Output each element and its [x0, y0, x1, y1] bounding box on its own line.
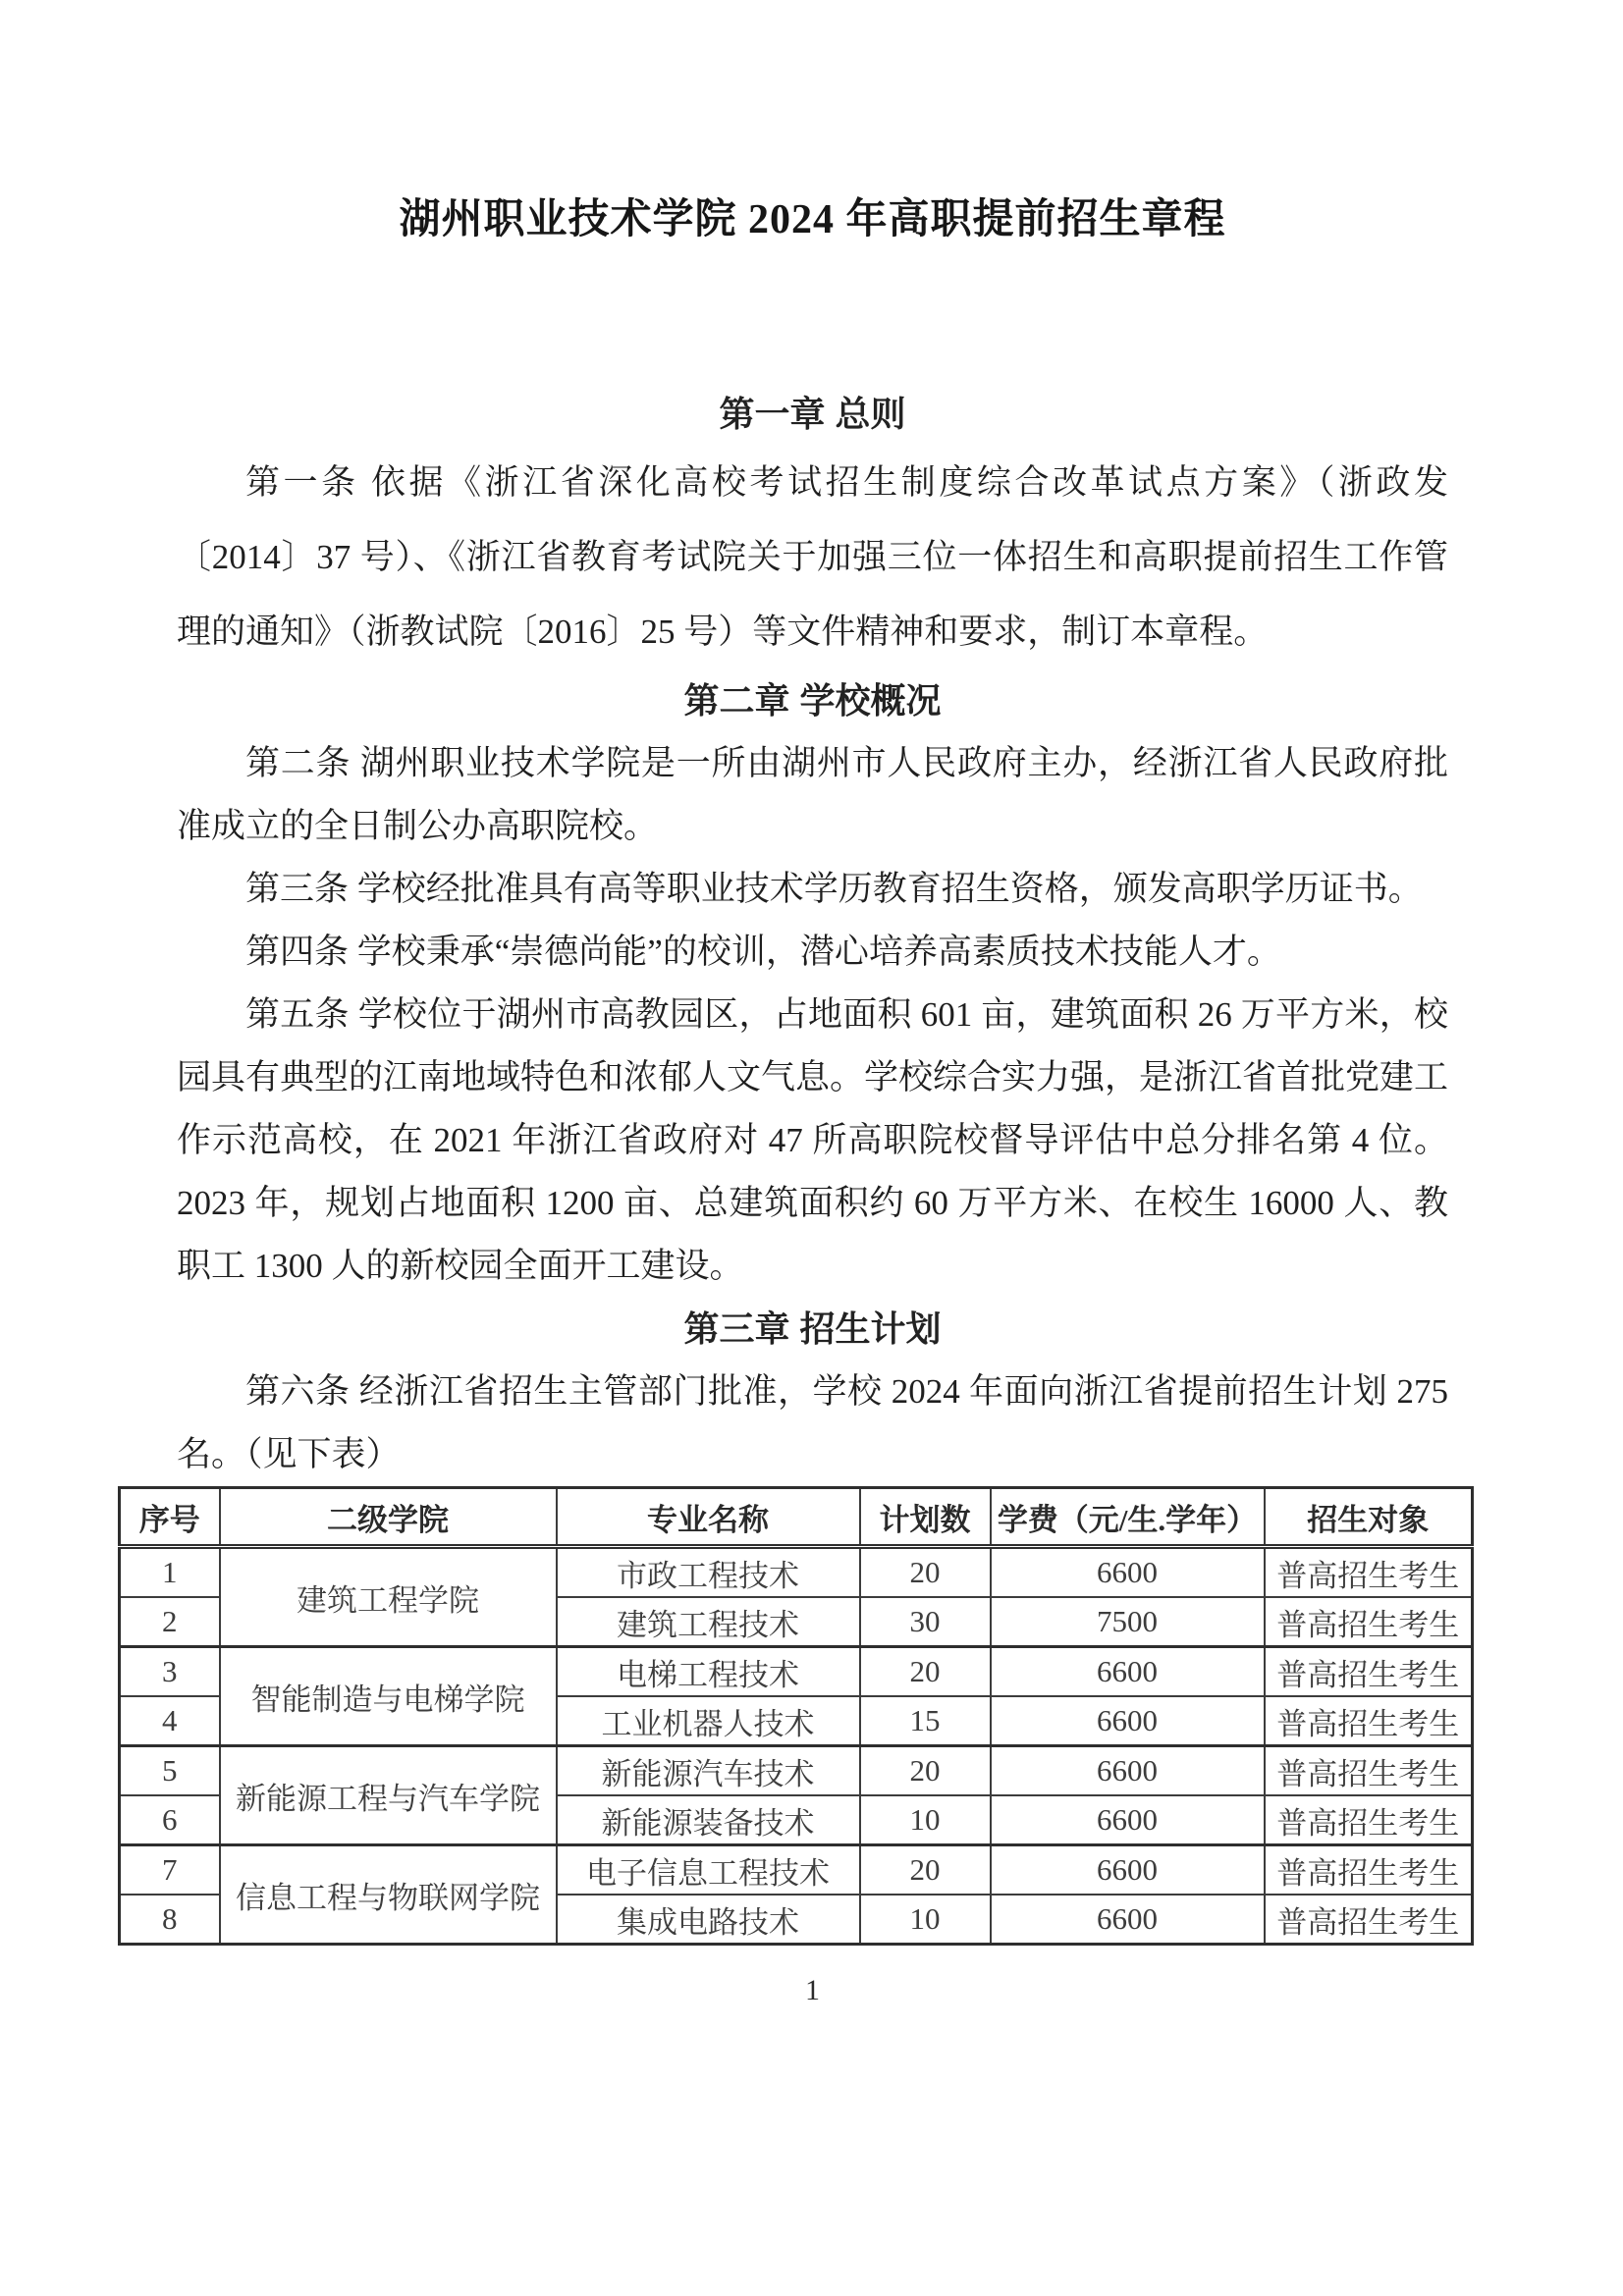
- cell-target: 普高招生考生: [1265, 1845, 1473, 1896]
- chapter-heading-general-rules: 第一章 总则: [177, 383, 1448, 446]
- cell-tuition: 6600: [991, 1746, 1265, 1796]
- cell-target: 普高招生考生: [1265, 1696, 1473, 1746]
- table-row: 7 信息工程与物联网学院 电子信息工程技术 20 6600 普高招生考生: [120, 1845, 1473, 1896]
- cell-no: 3: [120, 1647, 220, 1697]
- cell-no: 5: [120, 1746, 220, 1796]
- table-row: 3 智能制造与电梯学院 电梯工程技术 20 6600 普高招生考生: [120, 1647, 1473, 1697]
- cell-no: 2: [120, 1597, 220, 1647]
- cell-plan-count: 20: [860, 1746, 991, 1796]
- document-content: 湖州职业技术学院 2024 年高职提前招生章程 第一章 总则 第一条 依据《浙江…: [0, 0, 1623, 2010]
- cell-tuition: 6600: [991, 1547, 1265, 1598]
- cell-plan-count: 15: [860, 1696, 991, 1746]
- paragraph-article-5: 第五条 学校位于湖州市高教园区，占地面积 601 亩，建筑面积 26 万平方米，…: [177, 984, 1448, 1298]
- cell-no: 8: [120, 1895, 220, 1945]
- page-number: 1: [177, 1971, 1448, 2010]
- document-page: 湖州职业技术学院 2024 年高职提前招生章程 第一章 总则 第一条 依据《浙江…: [0, 0, 1623, 2296]
- cell-college: 智能制造与电梯学院: [220, 1647, 557, 1746]
- column-header-college: 二级学院: [220, 1488, 557, 1547]
- paragraph-article-6: 第六条 经浙江省招生主管部门批准，学校 2024 年面向浙江省提前招生计划 27…: [177, 1361, 1448, 1486]
- cell-target: 普高招生考生: [1265, 1795, 1473, 1845]
- document-title: 湖州职业技术学院 2024 年高职提前招生章程: [177, 194, 1448, 245]
- cell-plan-count: 10: [860, 1895, 991, 1945]
- enrollment-plan-table: 序号 二级学院 专业名称 计划数 学费（元/生.学年） 招生对象 1 建筑工程学…: [118, 1486, 1474, 1946]
- cell-plan-count: 20: [860, 1647, 991, 1697]
- cell-major: 电子信息工程技术: [557, 1845, 860, 1896]
- cell-no: 4: [120, 1696, 220, 1746]
- table-row: 5 新能源工程与汽车学院 新能源汽车技术 20 6600 普高招生考生: [120, 1746, 1473, 1796]
- chapter-heading-enrollment-plan: 第三章 招生计划: [177, 1298, 1448, 1361]
- cell-college: 信息工程与物联网学院: [220, 1845, 557, 1945]
- cell-plan-count: 30: [860, 1597, 991, 1647]
- paragraph-article-1: 第一条 依据《浙江省深化高校考试招生制度综合改革试点方案》（浙政发〔2014〕3…: [177, 446, 1448, 669]
- column-header-tuition: 学费（元/生.学年）: [991, 1488, 1265, 1547]
- cell-tuition: 7500: [991, 1597, 1265, 1647]
- cell-target: 普高招生考生: [1265, 1597, 1473, 1647]
- cell-no: 6: [120, 1795, 220, 1845]
- cell-target: 普高招生考生: [1265, 1647, 1473, 1697]
- cell-major: 建筑工程技术: [557, 1597, 860, 1647]
- cell-tuition: 6600: [991, 1647, 1265, 1697]
- cell-target: 普高招生考生: [1265, 1547, 1473, 1598]
- cell-college: 建筑工程学院: [220, 1547, 557, 1647]
- cell-major: 集成电路技术: [557, 1895, 860, 1945]
- table-row: 1 建筑工程学院 市政工程技术 20 6600 普高招生考生: [120, 1547, 1473, 1598]
- cell-plan-count: 20: [860, 1845, 991, 1896]
- cell-major: 市政工程技术: [557, 1547, 860, 1598]
- cell-college: 新能源工程与汽车学院: [220, 1746, 557, 1845]
- cell-major: 电梯工程技术: [557, 1647, 860, 1697]
- cell-plan-count: 20: [860, 1547, 991, 1598]
- cell-plan-count: 10: [860, 1795, 991, 1845]
- paragraph-article-2: 第二条 湖州职业技术学院是一所由湖州市人民政府主办，经浙江省人民政府批准成立的全…: [177, 732, 1448, 858]
- paragraph-article-3: 第三条 学校经批准具有高等职业技术学历教育招生资格，颁发高职学历证书。: [177, 858, 1448, 921]
- table-header-row: 序号 二级学院 专业名称 计划数 学费（元/生.学年） 招生对象: [120, 1488, 1473, 1547]
- column-header-target: 招生对象: [1265, 1488, 1473, 1547]
- cell-major: 新能源装备技术: [557, 1795, 860, 1845]
- cell-tuition: 6600: [991, 1895, 1265, 1945]
- cell-target: 普高招生考生: [1265, 1895, 1473, 1945]
- cell-target: 普高招生考生: [1265, 1746, 1473, 1796]
- column-header-major: 专业名称: [557, 1488, 860, 1547]
- column-header-plan-count: 计划数: [860, 1488, 991, 1547]
- cell-no: 1: [120, 1547, 220, 1598]
- cell-tuition: 6600: [991, 1795, 1265, 1845]
- cell-tuition: 6600: [991, 1845, 1265, 1896]
- paragraph-article-4: 第四条 学校秉承“崇德尚能”的校训，潜心培养高素质技术技能人才。: [177, 921, 1448, 984]
- cell-major: 工业机器人技术: [557, 1696, 860, 1746]
- column-header-no: 序号: [120, 1488, 220, 1547]
- cell-major: 新能源汽车技术: [557, 1746, 860, 1796]
- cell-tuition: 6600: [991, 1696, 1265, 1746]
- cell-no: 7: [120, 1845, 220, 1896]
- chapter-heading-school-overview: 第二章 学校概况: [177, 669, 1448, 732]
